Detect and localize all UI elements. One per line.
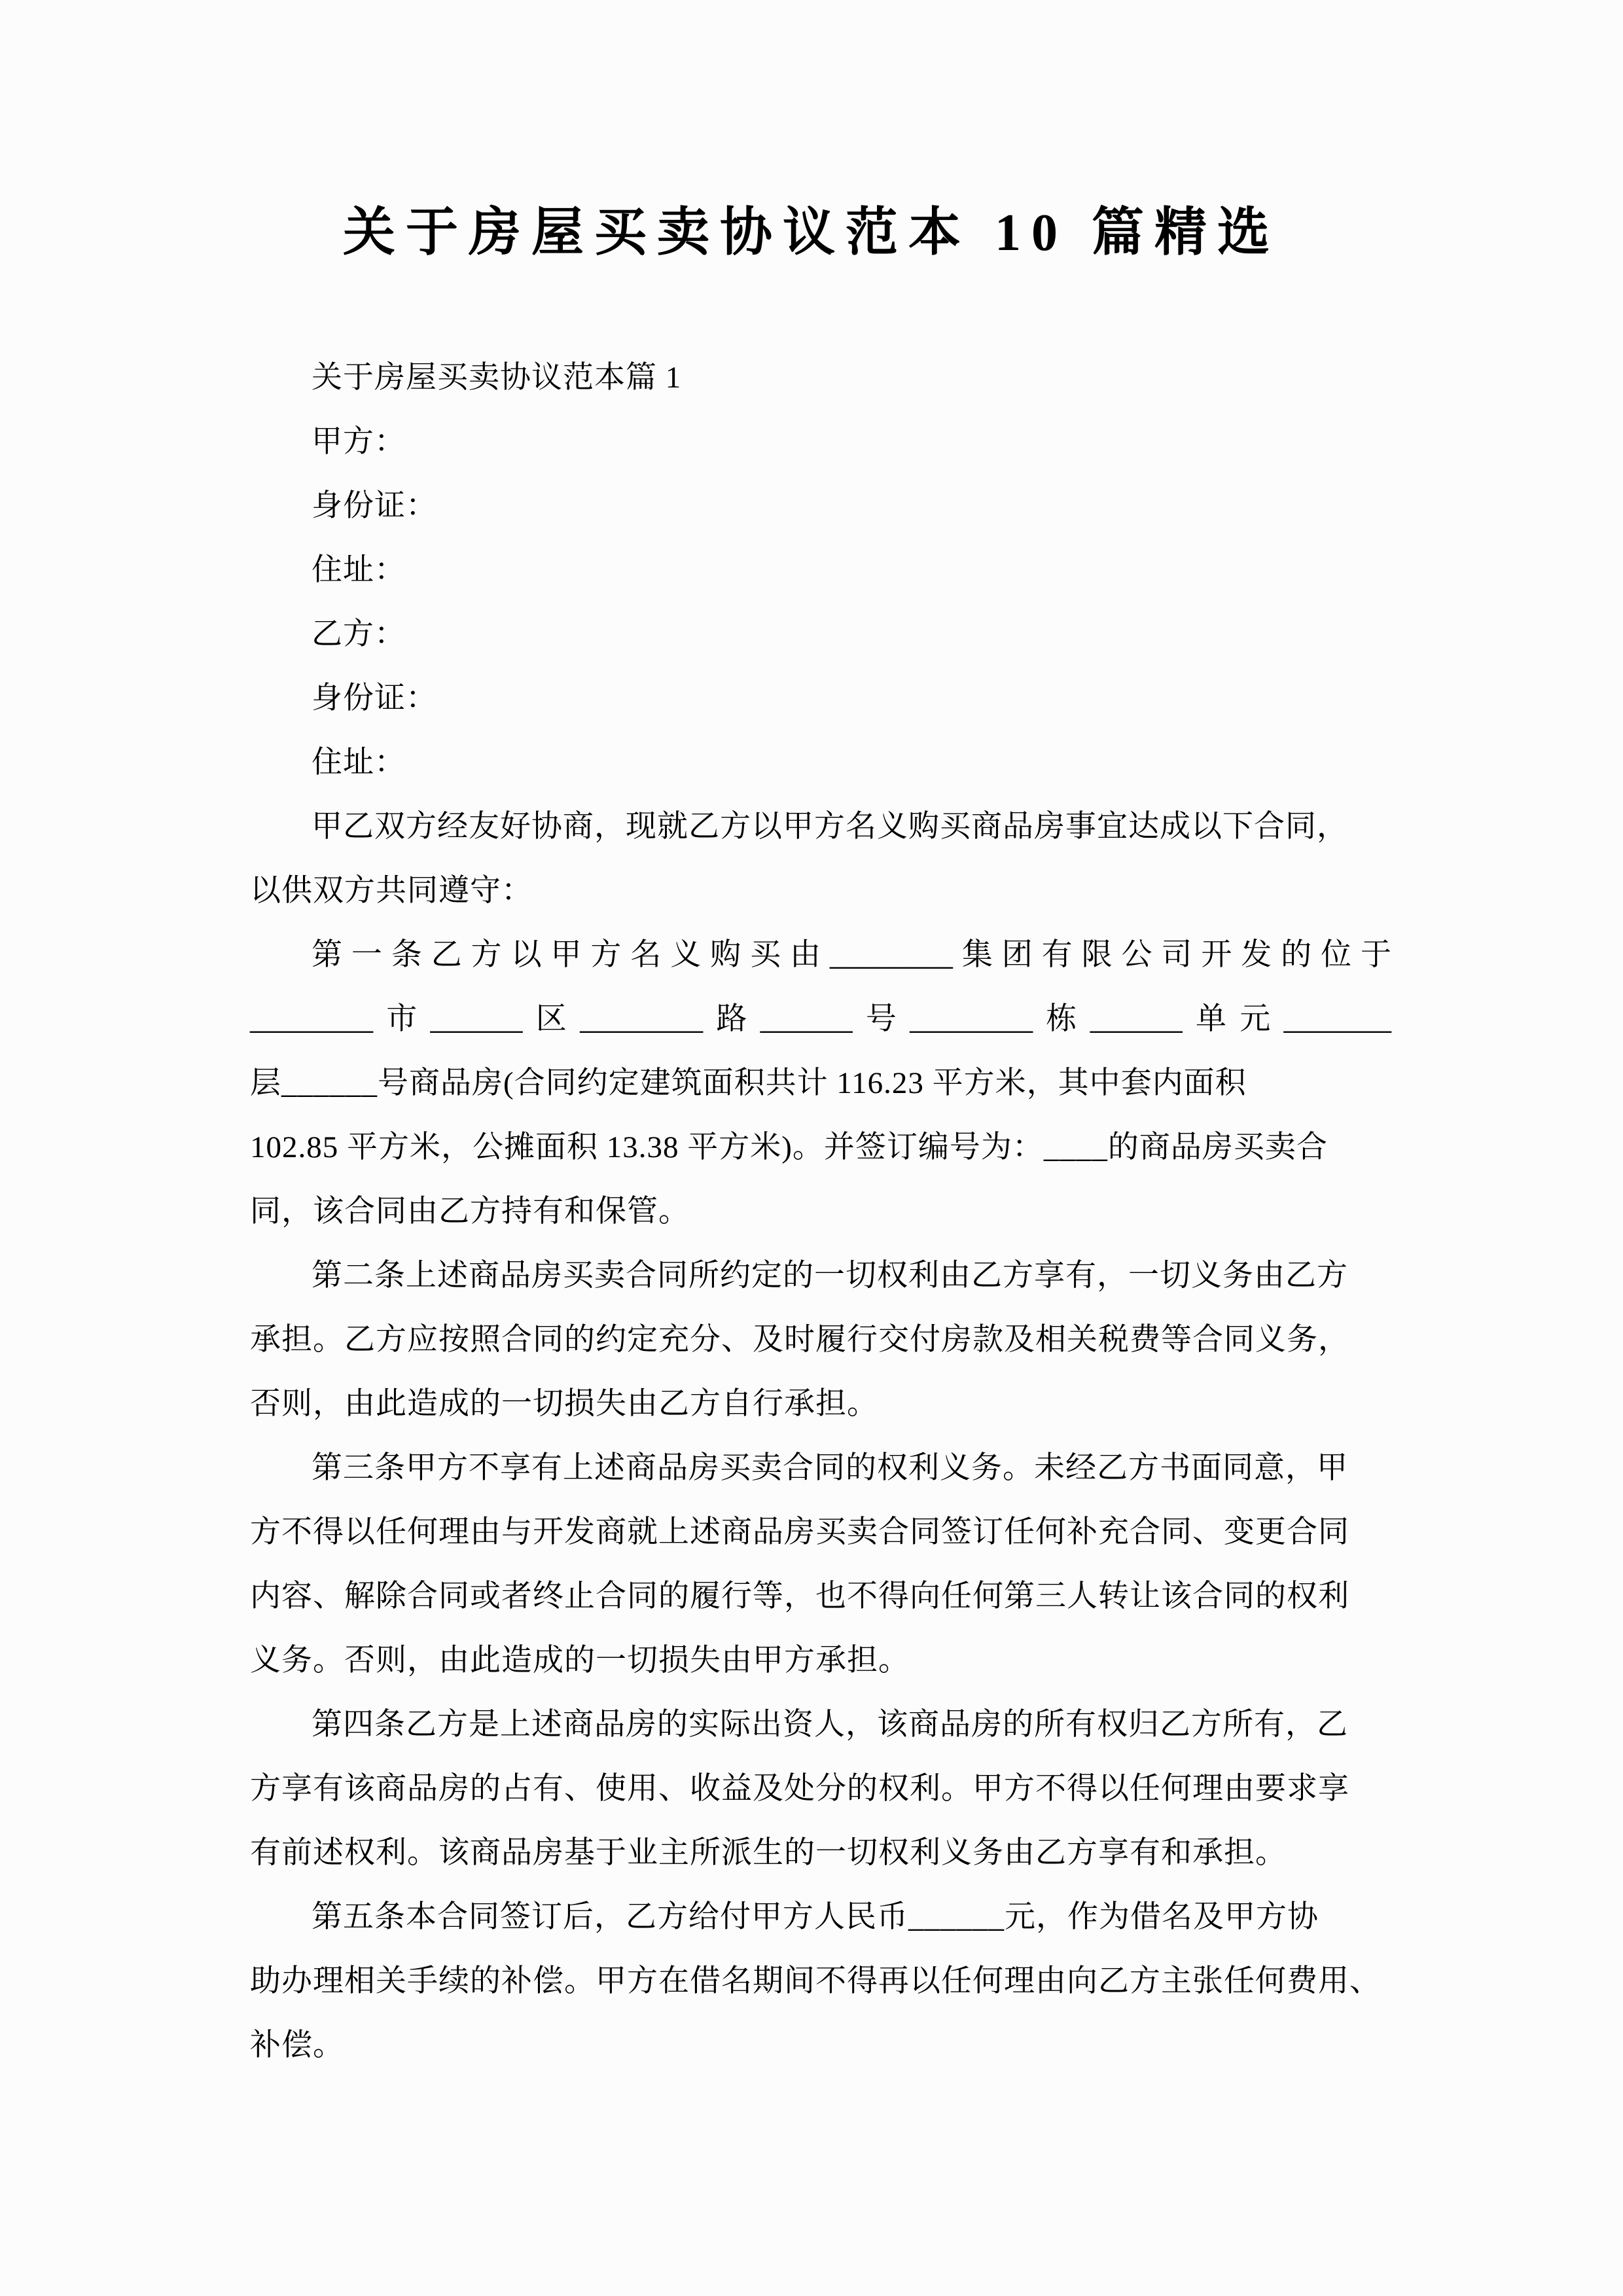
text-line: 第四条乙方是上述商品房的实际出资人，该商品房的所有权归乙方所有，乙 (250, 1693, 1391, 1757)
text-line: 补偿。 (250, 2013, 1391, 2077)
text-line: 乙方： (250, 602, 1391, 666)
text-line: 甲方： (250, 410, 1391, 474)
text-line: 甲乙双方经友好协商，现就乙方以甲方名义购买商品房事宜达成以下合同， (250, 795, 1391, 859)
text-line: 第二条上述商品房买卖合同所约定的一切权利由乙方享有，一切义务由乙方 (250, 1244, 1391, 1308)
text-line: 助办理相关手续的补偿。甲方在借名期间不得再以任何理由向乙方主张任何费用、 (250, 1949, 1391, 2013)
text-line: 第一条乙方以甲方名义购买由________集团有限公司开发的位于 (250, 923, 1391, 987)
text-line: 住址： (250, 730, 1391, 795)
text-line: 否则，由此造成的一切损失由乙方自行承担。 (250, 1372, 1391, 1436)
text-line: 有前述权利。该商品房基于业主所派生的一切权利义务由乙方享有和承担。 (250, 1821, 1391, 1885)
text-line: 102.85 平方米，公摊面积 13.38 平方米)。并签订编号为：____的商… (250, 1115, 1391, 1179)
text-line: 层______号商品房(合同约定建筑面积共计 116.23 平方米，其中套内面积 (250, 1051, 1391, 1115)
text-line: 内容、解除合同或者终止合同的履行等，也不得向任何第三人转让该合同的权利 (250, 1564, 1391, 1628)
text-line: 住址： (250, 538, 1391, 602)
text-line: 身份证： (250, 474, 1391, 538)
document-title: 关于房屋买卖协议范本 10 篇精选 (0, 204, 1623, 262)
document-body: 关于房屋买卖协议范本篇 1甲方：身份证：住址：乙方：身份证：住址：甲乙双方经友好… (250, 346, 1391, 2077)
text-line: 义务。否则，由此造成的一切损失由甲方承担。 (250, 1628, 1391, 1693)
document-page: 关于房屋买卖协议范本 10 篇精选 关于房屋买卖协议范本篇 1甲方：身份证：住址… (0, 0, 1623, 2296)
text-line: 同，该合同由乙方持有和保管。 (250, 1179, 1391, 1244)
text-line: 方不得以任何理由与开发商就上述商品房买卖合同签订任何补充合同、变更合同 (250, 1500, 1391, 1564)
text-line: 第三条甲方不享有上述商品房买卖合同的权利义务。未经乙方书面同意，甲 (250, 1436, 1391, 1500)
text-line: 承担。乙方应按照合同的约定充分、及时履行交付房款及相关税费等合同义务， (250, 1308, 1391, 1372)
text-line: ________市______区________路______号________… (250, 987, 1391, 1051)
text-line: 第五条本合同签订后，乙方给付甲方人民币______元，作为借名及甲方协 (250, 1885, 1391, 1949)
text-line: 关于房屋买卖协议范本篇 1 (250, 346, 1391, 410)
text-line: 以供双方共同遵守： (250, 859, 1391, 923)
text-line: 身份证： (250, 666, 1391, 730)
text-line: 方享有该商品房的占有、使用、收益及处分的权利。甲方不得以任何理由要求享 (250, 1757, 1391, 1821)
